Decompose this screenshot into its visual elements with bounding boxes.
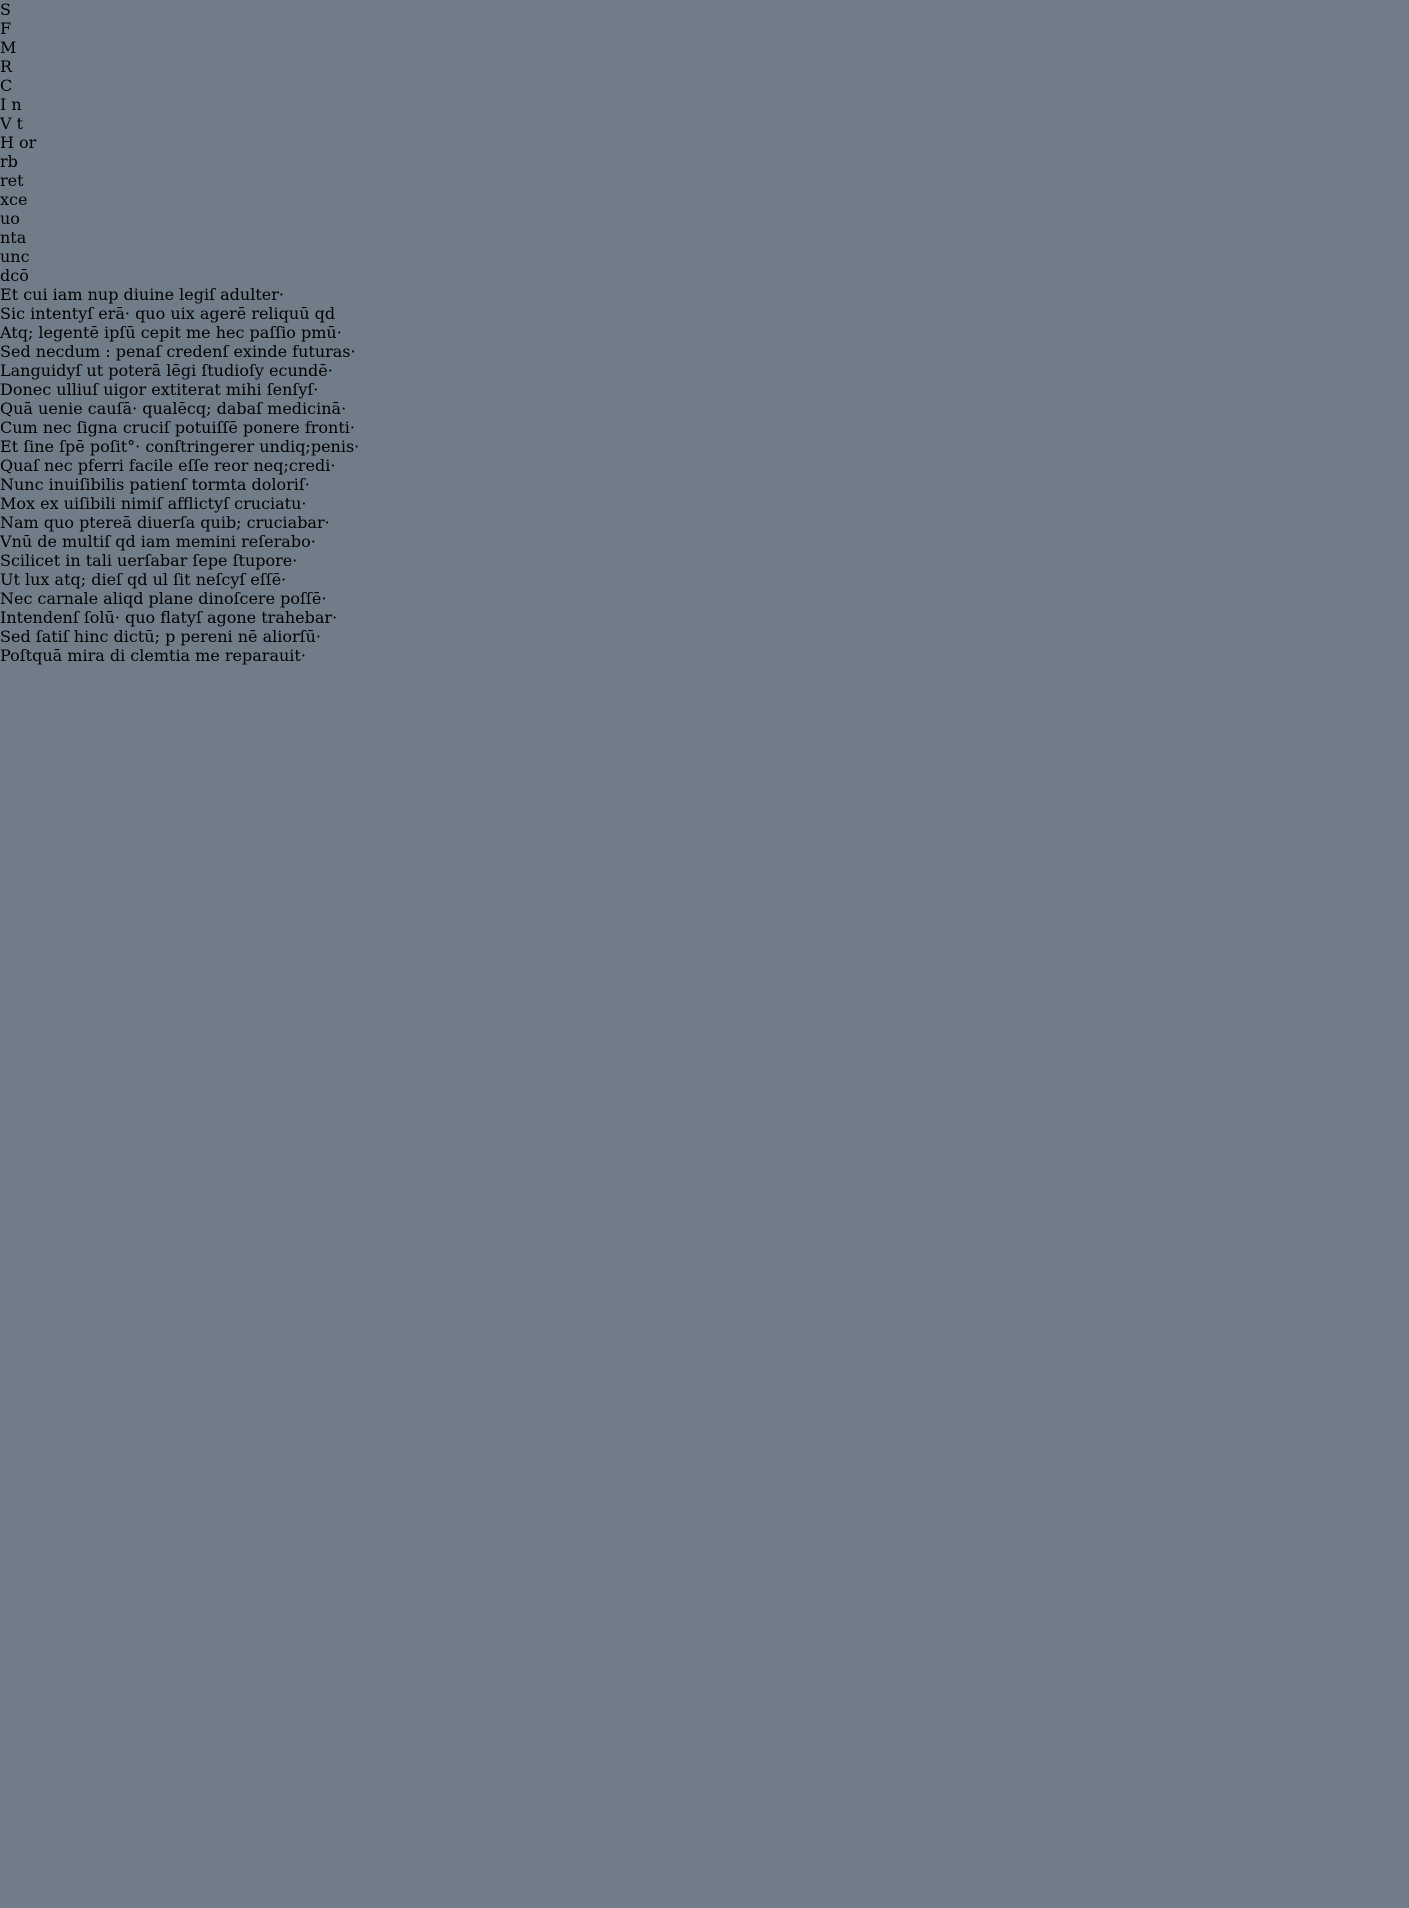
facing-page-text-fragment: V t bbox=[0, 114, 1409, 133]
manuscript-line: Vnū de multiſ qd iam memini reſerabo· bbox=[0, 532, 1409, 551]
facing-page-fragments: S F M R C I n V t H or rb ret xce uo nta… bbox=[0, 0, 1409, 285]
manuscript-line: Nam quo ptereā diuerſa quib; cruciabar· bbox=[0, 513, 1409, 532]
facing-page-edge: S F M R C I n V t H or rb ret xce uo nta… bbox=[0, 0, 1409, 285]
line-initial: N bbox=[0, 475, 14, 494]
manuscript-page: Et cui iam nup diuine legiſ adulter· Sic… bbox=[0, 285, 1409, 665]
line-text: tq; legentē ipſū cepit me hec paſſio pmū… bbox=[11, 323, 342, 342]
line-initial: Q bbox=[0, 399, 13, 418]
manuscript-line: Sic intentyſ erā· quo uix agerē reliquū … bbox=[0, 304, 1409, 323]
manuscript-photo: S F M R C I n V t H or rb ret xce uo nta… bbox=[0, 0, 1409, 1908]
facing-page-text-fragment: uo bbox=[0, 209, 1409, 228]
facing-page-text-fragment: M bbox=[0, 38, 1409, 57]
facing-page-text-fragment: S bbox=[0, 0, 1409, 19]
line-initial: P bbox=[0, 646, 10, 665]
manuscript-line: Nec carnale aliqd plane dinoſcere poſſē· bbox=[0, 589, 1409, 608]
line-initial: N bbox=[0, 589, 14, 608]
manuscript-line: Quā uenie cauſā· qualēcq; dabaſ medicinā… bbox=[0, 399, 1409, 418]
line-text: unc inuiſibilis patienſ tormta doloriſ· bbox=[14, 475, 310, 494]
manuscript-line: Cum nec ſigna cruciſ potuiſſē ponere fro… bbox=[0, 418, 1409, 437]
line-text: ed ſatiſ hinc dictū; p pereni nē aliorſū… bbox=[11, 627, 321, 646]
line-initial: E bbox=[0, 285, 12, 304]
facing-page-text-fragment: F bbox=[0, 19, 1409, 38]
facing-page-text-fragment: dcō bbox=[0, 266, 1409, 285]
line-text: oſtquā mira di clemtia me reparauit· bbox=[10, 646, 306, 665]
manuscript-line: Et cui iam nup diuine legiſ adulter· bbox=[0, 285, 1409, 304]
line-initial: V bbox=[0, 532, 12, 551]
manuscript-line: Quaſ nec pferri facile eſſe reor neq;cre… bbox=[0, 456, 1409, 475]
facing-page-text-fragment: C bbox=[0, 76, 1409, 95]
line-initial: C bbox=[0, 418, 12, 437]
facing-page-text-fragment: nta bbox=[0, 228, 1409, 247]
line-text: onec ulliuſ uigor extiterat mihi ſenſyſ· bbox=[13, 380, 319, 399]
line-initial: S bbox=[0, 304, 11, 323]
suede-bookmark bbox=[1278, 0, 1409, 122]
line-text: ed necdum : penaſ credenſ exinde futuras… bbox=[11, 342, 356, 361]
facing-page-text-fragment: ret bbox=[0, 171, 1409, 190]
line-text: nū de multiſ qd iam memini reſerabo· bbox=[12, 532, 316, 551]
line-text: ox ex uiſibili nimiſ afflictyſ cruciatu· bbox=[16, 494, 306, 513]
manuscript-line: Nunc inuiſibilis patienſ tormta doloriſ· bbox=[0, 475, 1409, 494]
facing-page-text-fragment: I n bbox=[0, 95, 1409, 114]
line-initial: L bbox=[0, 361, 11, 380]
line-text: ntendenſ ſolū· quo flatyſ agone trahebar… bbox=[6, 608, 337, 627]
line-text: ec carnale aliqd plane dinoſcere poſſē· bbox=[14, 589, 326, 608]
facing-page-text-fragment: R bbox=[0, 57, 1409, 76]
manuscript-line: Sed ſatiſ hinc dictū; p pereni nē aliorſ… bbox=[0, 627, 1409, 646]
line-text: uā uenie cauſā· qualēcq; dabaſ medicinā· bbox=[13, 399, 346, 418]
line-text: t ſine ſpē poſit°· conſtringerer undiq;p… bbox=[12, 437, 360, 456]
line-text: t lux atq; dieſ qd ul ſit neſcyſ eſſē· bbox=[13, 570, 286, 589]
line-initial: S bbox=[0, 551, 11, 570]
line-text: ic intentyſ erā· quo uix agerē reliquū q… bbox=[11, 304, 335, 323]
facing-page-text-fragment: xce bbox=[0, 190, 1409, 209]
line-initial: S bbox=[0, 342, 11, 361]
manuscript-line: Donec ulliuſ uigor extiterat mihi ſenſyſ… bbox=[0, 380, 1409, 399]
manuscript-line: Atq; legentē ipſū cepit me hec paſſio pm… bbox=[0, 323, 1409, 342]
line-initial: U bbox=[0, 570, 13, 589]
manuscript-line: Poſtquā mira di clemtia me reparauit· bbox=[0, 646, 1409, 665]
line-initial: S bbox=[0, 627, 11, 646]
line-initial: D bbox=[0, 380, 13, 399]
line-initial: E bbox=[0, 437, 12, 456]
manuscript-line: Ut lux atq; dieſ qd ul ſit neſcyſ eſſē· bbox=[0, 570, 1409, 589]
line-initial: N bbox=[0, 513, 14, 532]
manuscript-line: Sed necdum : penaſ credenſ exinde futura… bbox=[0, 342, 1409, 361]
line-text: anguidyſ ut poterā lēgi ſtudioſy ecundē· bbox=[11, 361, 333, 380]
line-text: um nec ſigna cruciſ potuiſſē ponere fron… bbox=[12, 418, 355, 437]
manuscript-line: Et ſine ſpē poſit°· conſtringerer undiq;… bbox=[0, 437, 1409, 456]
manuscript-line: Scilicet in tali uerſabar ſepe ſtupore· bbox=[0, 551, 1409, 570]
line-text: am quo ptereā diuerſa quib; cruciabar· bbox=[14, 513, 330, 532]
manuscript-line: Mox ex uiſibili nimiſ afflictyſ cruciatu… bbox=[0, 494, 1409, 513]
line-initial: Q bbox=[0, 456, 13, 475]
line-text: uaſ nec pferri facile eſſe reor neq;cred… bbox=[13, 456, 335, 475]
manuscript-line: Languidyſ ut poterā lēgi ſtudioſy ecundē… bbox=[0, 361, 1409, 380]
facing-page-text-fragment: rb bbox=[0, 152, 1409, 171]
text-block: Et cui iam nup diuine legiſ adulter· Sic… bbox=[0, 285, 1409, 665]
facing-page-text-fragment: unc bbox=[0, 247, 1409, 266]
line-text: cilicet in tali uerſabar ſepe ſtupore· bbox=[11, 551, 297, 570]
facing-page-text-fragment: H or bbox=[0, 133, 1409, 152]
line-initial: A bbox=[0, 323, 11, 342]
line-text: t cui iam nup diuine legiſ adulter· bbox=[12, 285, 284, 304]
manuscript-line: Intendenſ ſolū· quo flatyſ agone traheba… bbox=[0, 608, 1409, 627]
line-initial: M bbox=[0, 494, 16, 513]
